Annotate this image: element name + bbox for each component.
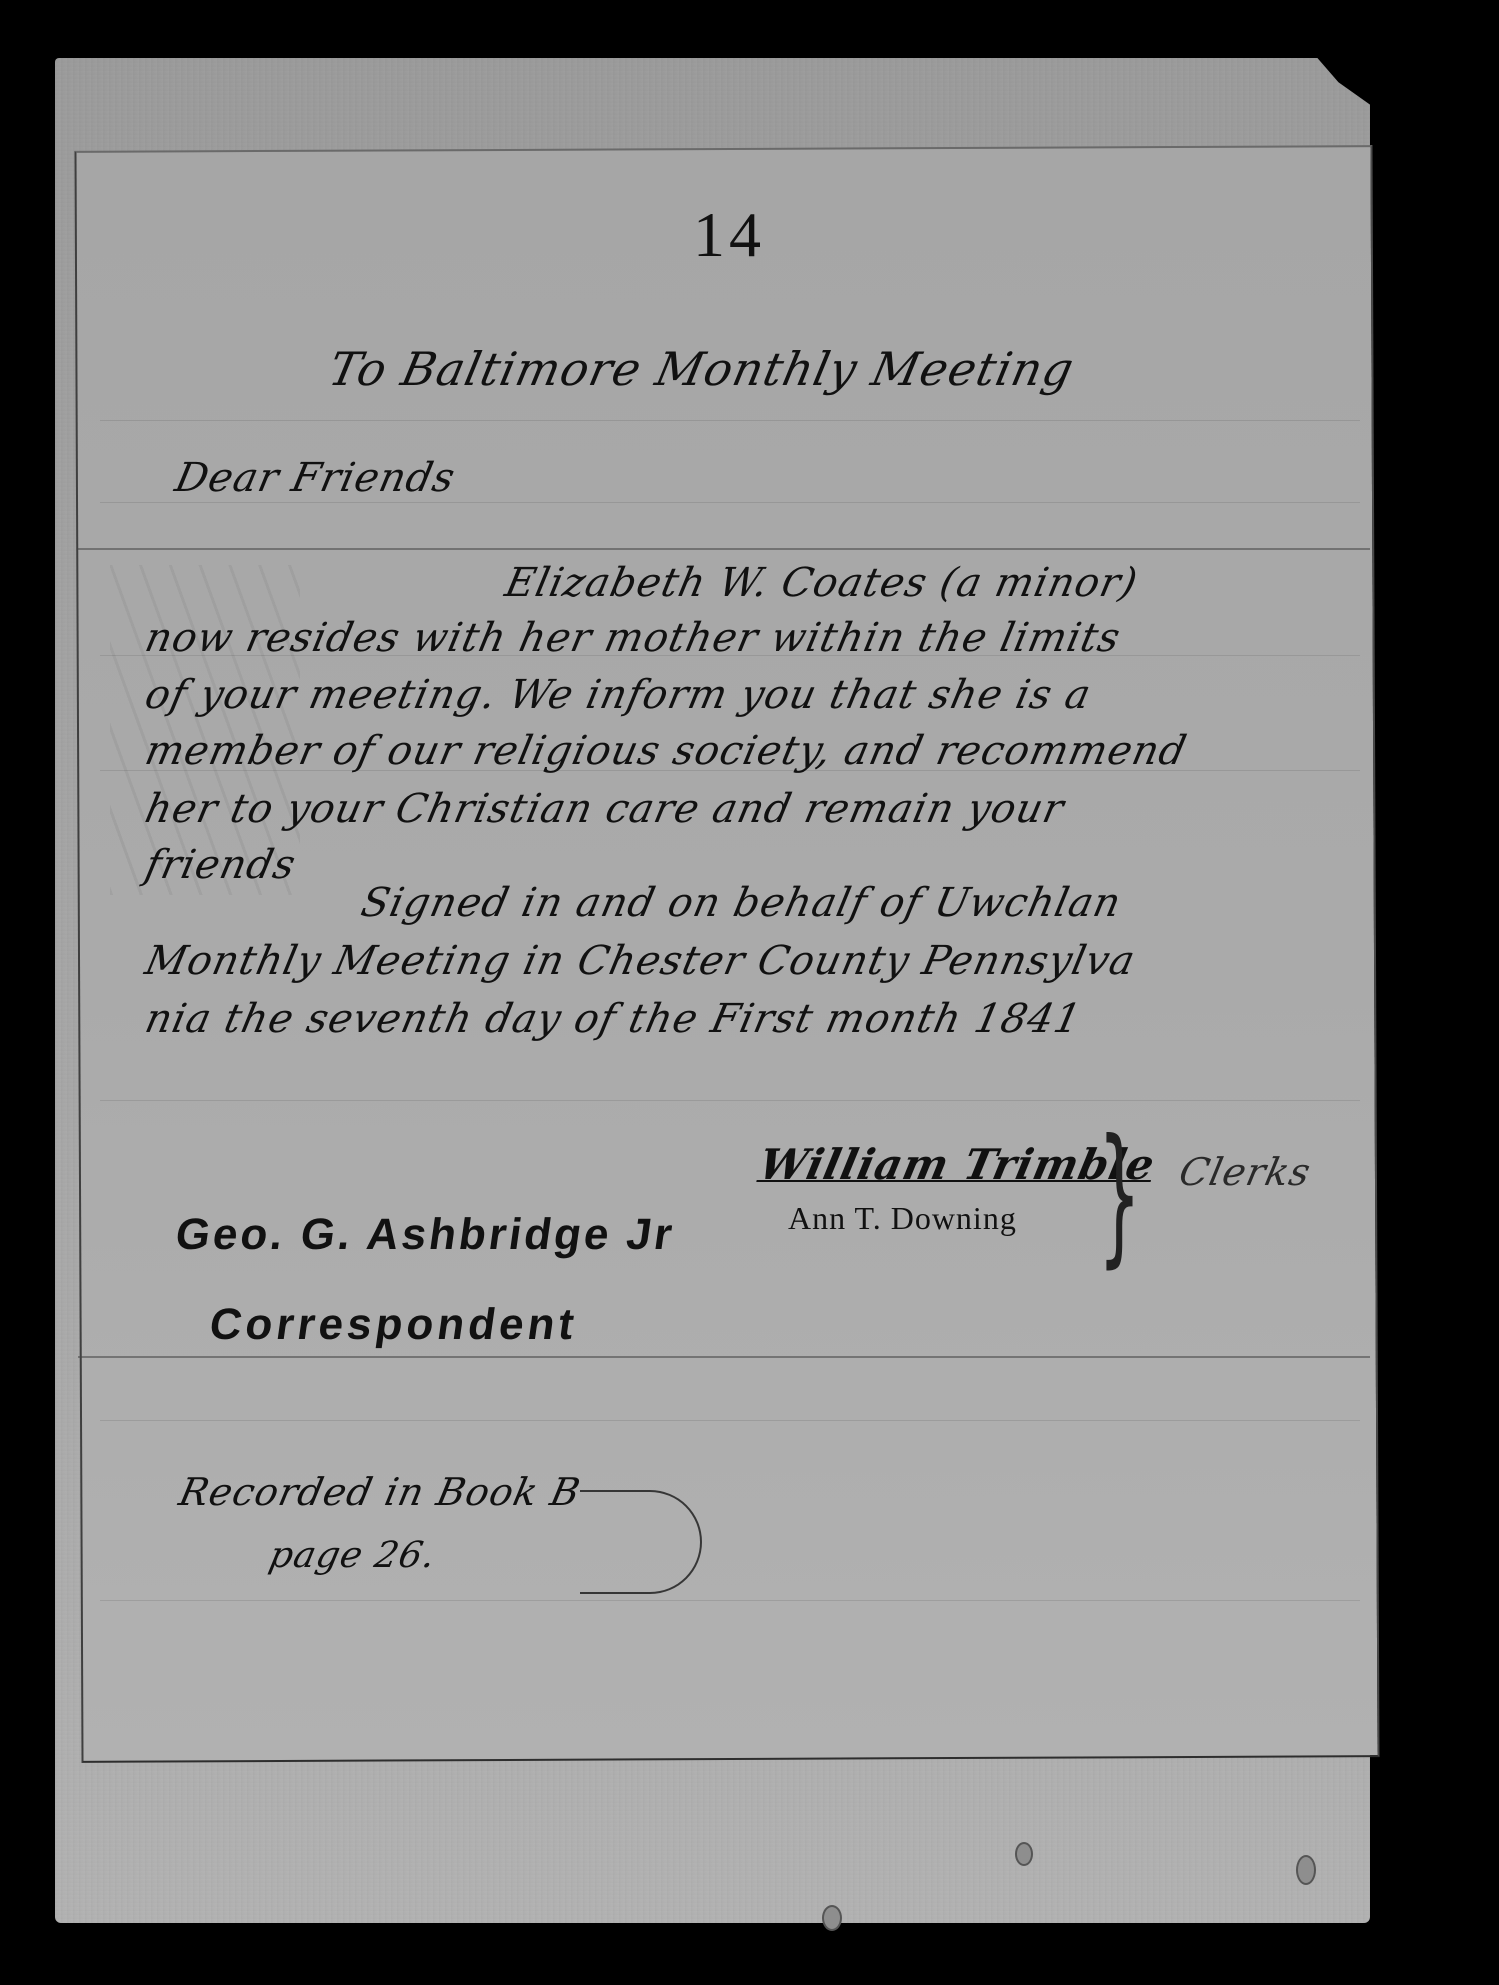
clerks-label: Clerks — [1175, 1150, 1315, 1194]
folio-number: 14 — [693, 198, 765, 272]
body-line-7: Signed in and on behalf of Uwchlan — [357, 880, 1125, 926]
recording-note-line-1: Recorded in Book B — [175, 1470, 584, 1514]
fold-line-lower — [78, 1356, 1370, 1358]
body-line-9: nia the seventh day of the First month 1… — [141, 996, 1086, 1042]
ruled-line — [100, 1600, 1360, 1601]
paper-stain — [1296, 1855, 1316, 1885]
body-line-6: friends — [141, 842, 300, 888]
recording-note-line-2: page 26. — [266, 1535, 440, 1576]
body-line-1: Elizabeth W. Coates (a minor) — [501, 560, 1142, 606]
body-line-2: now resides with her mother within the l… — [141, 615, 1125, 661]
body-line-8: Monthly Meeting in Chester County Pennsy… — [141, 938, 1139, 984]
clerk-signature-2: Ann T. Downing — [788, 1200, 1017, 1237]
paper-stain — [822, 1905, 842, 1931]
flourish-swash — [580, 1490, 702, 1594]
ruled-line — [100, 502, 1360, 503]
fold-line-upper — [78, 548, 1370, 550]
ruled-line — [100, 420, 1360, 421]
body-line-3: of your meeting. We inform you that she … — [141, 672, 1095, 718]
correspondent-title: Correspondent — [206, 1300, 580, 1350]
body-line-4: member of our religious society, and rec… — [141, 728, 1191, 774]
body-line-5: her to your Christian care and remain yo… — [141, 786, 1068, 832]
letter-heading: To Baltimore Monthly Meeting — [324, 342, 1079, 396]
correspondent-signature: Geo. G. Ashbridge Jr — [172, 1210, 677, 1260]
brace-icon: } — [1098, 1108, 1141, 1282]
ruled-line — [100, 1420, 1360, 1421]
ruled-line — [100, 1100, 1360, 1101]
paper-stain — [1015, 1842, 1033, 1866]
salutation: Dear Friends — [171, 455, 459, 501]
